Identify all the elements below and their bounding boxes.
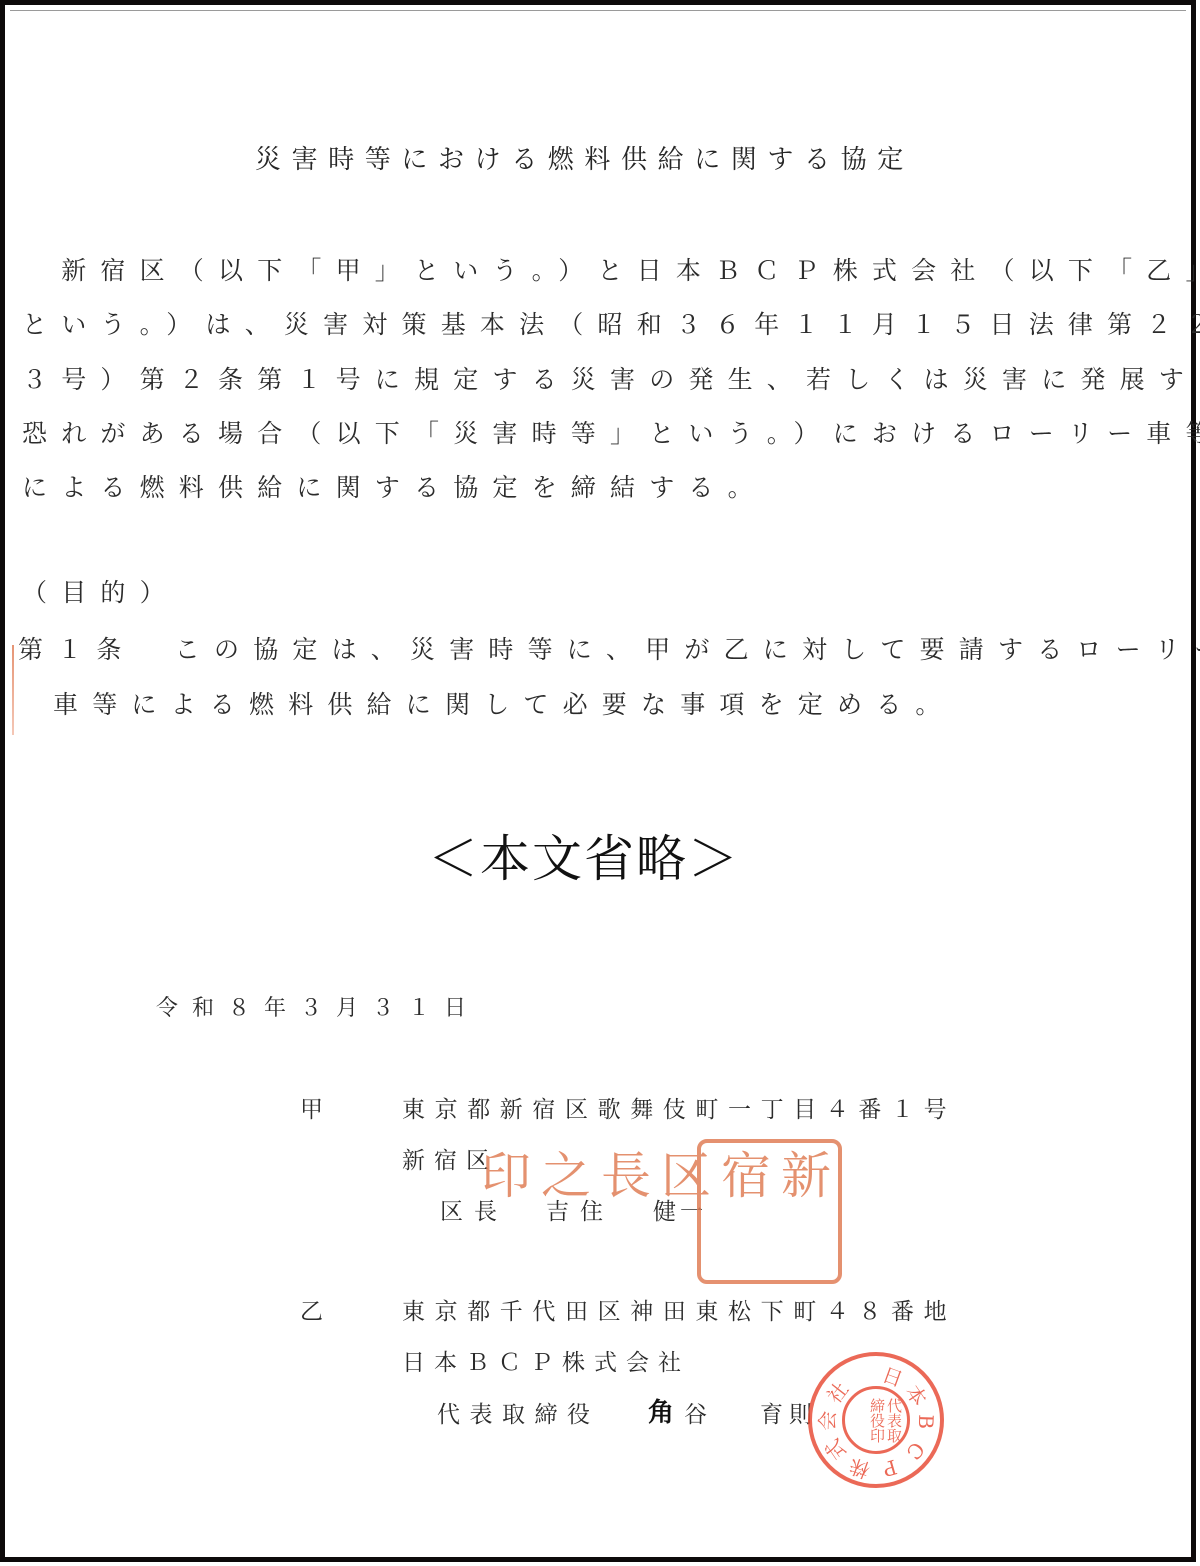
omitted-body-notice: ＜本文省略＞	[428, 826, 740, 892]
party-b-name-family-2: 谷	[684, 1400, 707, 1430]
party-b-name-family-1: 角	[648, 1398, 674, 1428]
article-1-line-1: 第１条 この協定は、災害時等に、甲が乙に対して要請するローリー	[18, 635, 1200, 665]
article-1-line-2: 車等による燃料供給に関して必要な事項を定める。	[53, 690, 955, 720]
preamble-line-1: 新宿区（以下「甲」という。）と日本ＢＣＰ株式会社（以下「乙」	[22, 256, 1200, 286]
margin-mark	[12, 645, 14, 735]
party-a-address: 東京都新宿区歌舞伎町一丁目４番１号	[402, 1095, 956, 1125]
party-b-seal-ring-text: 日本BCP株式会社	[816, 1360, 936, 1480]
preamble-line-5: による燃料供給に関する協定を締結する。	[22, 473, 767, 503]
party-a-name-family: 吉住	[546, 1197, 614, 1227]
seal-ring-char: 株	[845, 1452, 874, 1486]
seal-ring-char: 式	[817, 1434, 852, 1467]
seal-ring-char: C	[900, 1436, 931, 1467]
seal-ring-char: P	[877, 1454, 903, 1483]
party-b-title: 代表取締役	[437, 1400, 600, 1430]
party-a-label: 甲	[300, 1095, 337, 1125]
party-b-address: 東京都千代田区神田東松下町４８番地	[402, 1297, 956, 1327]
preamble-line-2: という。）は、災害対策基本法（昭和３６年１１月１５日法律第２２	[22, 310, 1200, 340]
seal-ring-char: 本	[900, 1378, 935, 1411]
seal-ring-char: 日	[879, 1358, 908, 1392]
party-a-title: 区長	[440, 1197, 508, 1227]
preamble-line-3: ３号）第２条第１号に規定する災害の発生、若しくは災害に発展する	[22, 365, 1200, 395]
article-1-heading: （目的）	[22, 578, 179, 608]
seal-ring-char: 社	[819, 1375, 854, 1409]
party-b-label: 乙	[300, 1297, 337, 1327]
preamble-line-4: 恐れがある場合（以下「災害時等」という。）におけるローリー車等	[22, 419, 1200, 449]
party-b-organization: 日本ＢＣＰ株式会社	[402, 1348, 690, 1378]
party-b-seal: 代表取締役印 日本BCP株式会社	[808, 1352, 944, 1488]
party-a-seal: 新宿区長之印	[697, 1139, 842, 1284]
document-title: 災害時等における燃料供給に関する協定	[255, 144, 914, 176]
seal-ring-char: B	[914, 1411, 939, 1432]
party-a-seal-text: 新宿区長之印	[707, 1149, 832, 1274]
document-frame	[0, 0, 1196, 1562]
seal-ring-char: 会	[811, 1410, 841, 1431]
agreement-date: 令和８年３月３１日	[156, 994, 480, 1024]
